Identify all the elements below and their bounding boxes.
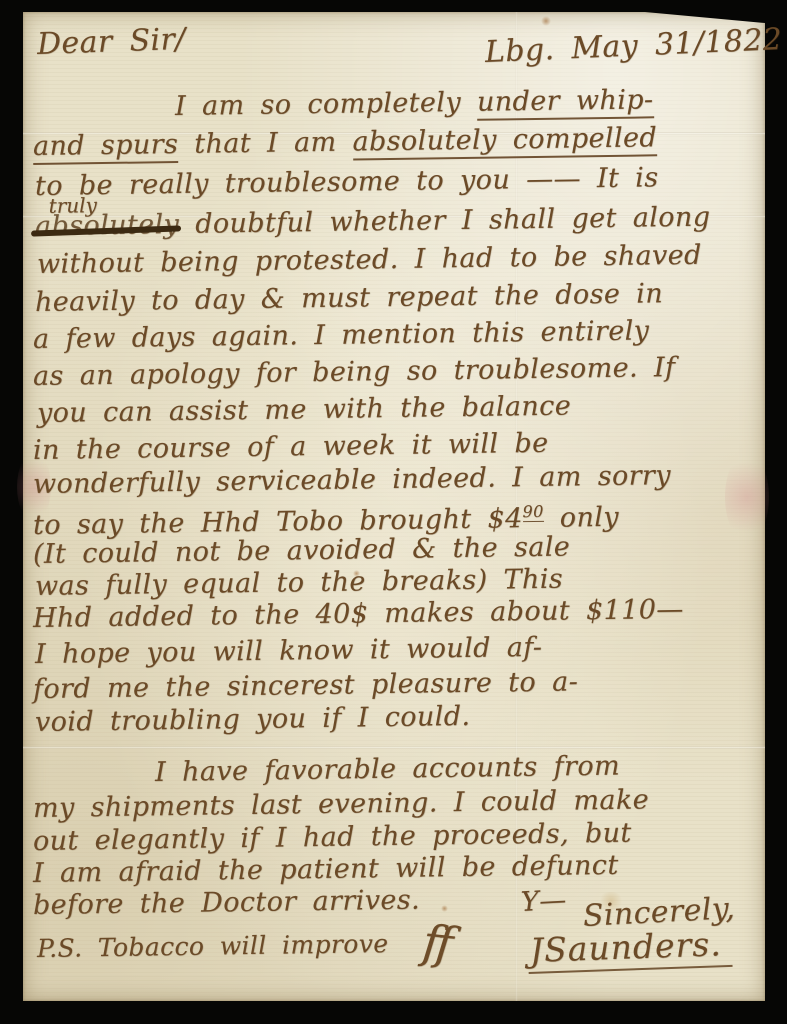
salutation: Dear Sir/ [36,23,186,62]
letter-line: a few days again. I mention this entirel… [33,314,650,357]
inserted-word: truly [48,188,97,223]
postscript: P.S. Tobacco will improve [37,927,389,966]
pink-smudge [725,452,769,542]
letter-line: as an apology for being so troublesome. … [33,351,676,394]
letter-line: you can assist me with the balance [37,390,572,431]
rust-spot [541,16,551,26]
line-text: doubtful whether I shall get along [179,202,711,240]
letter-line: I am so completely under whip- [175,83,654,124]
line-text: that I am [178,127,353,160]
rust-spot [441,905,448,912]
dateline: Lbg. May 31/1822 [484,23,783,70]
line-text: I am so completely [175,87,477,122]
letter-paper: Dear Sir/ Lbg. May 31/1822 I am so compl… [23,12,765,1001]
letter-line: I hope you will know it would af- [35,631,543,672]
letter-line: ford me the sincerest pleasure to a- [33,665,579,707]
underlined-text: under whip- [477,84,654,120]
line-text: only [544,502,620,534]
signature: JSaunders. [527,927,732,974]
letter-line: and spurs that I am absolutely compelled [33,121,658,164]
letter-line: without being protested. I had to be sha… [37,239,702,282]
torn-corner [645,12,765,23]
pen-flourish: ff [421,924,450,961]
photograph-of-letter: Dear Sir/ Lbg. May 31/1822 I am so compl… [0,0,787,1024]
underlined-text: absolutely compelled [352,122,657,160]
underlined-text: and spurs [33,129,179,165]
superscript-cents: 90 [522,502,543,522]
struck-word: absolutelytruly [35,208,180,244]
letter-line: before the Doctor arrives. [33,884,420,923]
letter-line: absolutelytruly doubtful whether I shall… [35,201,711,244]
closing-intro: Y— [520,884,567,920]
fold-crease [23,746,765,749]
letter-line: heavily to day & must repeat the dose in [35,277,664,320]
letter-line: to be really troublesome to you —— It is [35,161,659,204]
letter-line: void troubling you if I could. [35,700,471,740]
